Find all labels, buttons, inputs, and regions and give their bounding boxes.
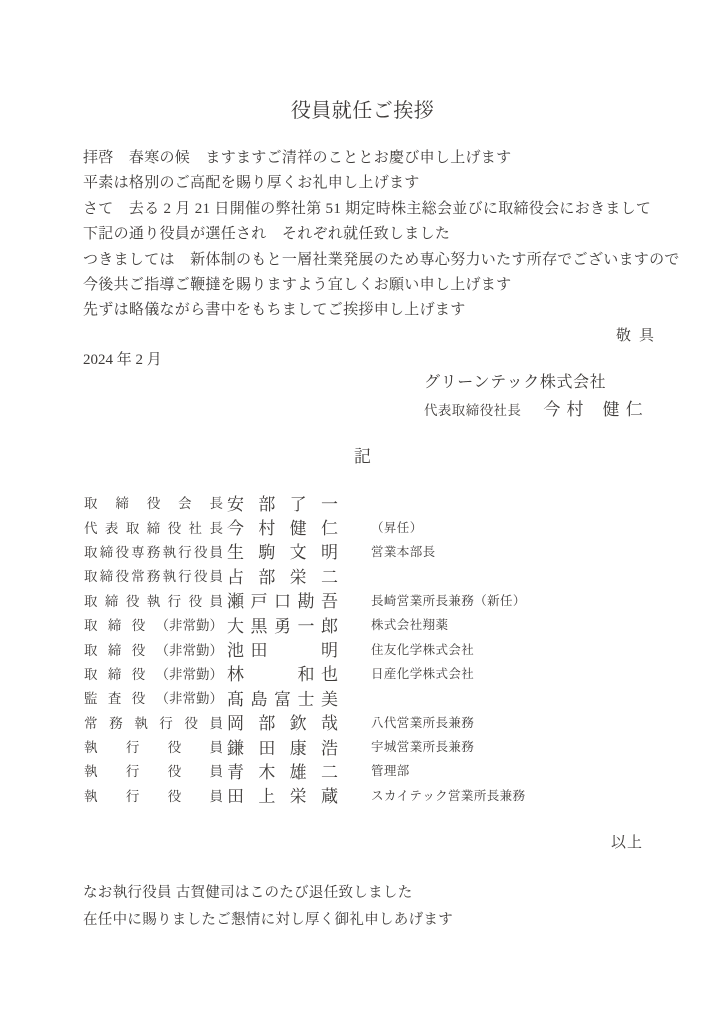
officer-row: 取締役会長安部了一 [84, 490, 664, 514]
title-glyph: 行 [126, 760, 140, 780]
name-glyph: 占 [227, 563, 244, 588]
title-glyph: 役 [147, 492, 161, 512]
name-glyph [298, 636, 315, 661]
body-line: つきましては 新体制のもと一層社業発展のため専心努力いたす所存でございますので [83, 248, 683, 273]
name-glyph: 哉 [321, 709, 338, 734]
postscript-line: なお執行役員 古賀健司はこのたび退任致しました [83, 880, 453, 907]
title-glyph: （非常勤） [155, 687, 223, 707]
officer-title: 取締役（非常勤） [84, 636, 223, 660]
title-glyph: 取 [84, 565, 98, 585]
officer-title: 取締役専務執行役員 [84, 539, 223, 563]
name-glyph: 一 [321, 490, 338, 515]
title-glyph: 会 [178, 492, 192, 512]
officer-name: 鎌田康浩 [227, 734, 338, 758]
title-glyph: 長 [209, 517, 223, 537]
body-line: 下記の通り役員が選任され それぞれ就任致しました [83, 222, 683, 247]
title-glyph: 常 [84, 712, 98, 732]
postscript: なお執行役員 古賀健司はこのたび退任致しました在任中に賜りましたご懇情に対し厚く… [83, 880, 453, 933]
name-glyph: 富 [274, 685, 291, 710]
title-glyph: 役 [132, 687, 146, 707]
body-line: 平素は格別のご高配を賜り厚くお礼申し上げます [83, 171, 683, 196]
officer-row: 執行役員鎌田康浩宇城営業所長兼務 [84, 734, 664, 758]
title-glyph: 務 [147, 565, 161, 585]
officer-name: 今村健仁 [227, 514, 338, 538]
officer-note: 日産化学株式会社 [371, 661, 474, 685]
title-glyph: 取 [126, 517, 140, 537]
name-glyph: 文 [290, 538, 307, 563]
title-glyph: 役 [132, 614, 146, 634]
name-glyph: 仁 [321, 514, 338, 539]
name-glyph: 吾 [321, 587, 338, 612]
signature-line: 代表取締役社長今 村 健 仁 [424, 395, 644, 420]
title-glyph: 役 [184, 712, 198, 732]
title-glyph: 行 [126, 785, 140, 805]
name-glyph: 田 [258, 734, 275, 759]
name-glyph: 了 [290, 490, 307, 515]
body-line: 今後共ご指導ご鞭撻を賜りますよう宜しくお願い申し上げます [83, 273, 683, 298]
officer-row: 取締役執行役員瀬戸口勘吾長崎営業所長兼務（新任） [84, 588, 664, 612]
title-glyph: 執 [162, 541, 176, 561]
title-glyph: 役 [126, 590, 140, 610]
title-glyph: 役 [115, 541, 129, 561]
officer-name: 大黒勇一郎 [227, 612, 338, 636]
officer-title: 取締役執行役員 [84, 588, 223, 612]
name-glyph: 木 [258, 758, 275, 783]
title-glyph: 取 [84, 639, 98, 659]
officer-row: 取締役（非常勤）大黒勇一郎株式会社翔薬 [84, 612, 664, 636]
letter-page: 役員就任ご挨拶 拝啓 春寒の候 ますますご清祥のこととお慶び申し上げます平素は格… [0, 0, 725, 1024]
title-glyph: 役 [168, 760, 182, 780]
name-glyph: 村 [258, 514, 275, 539]
name-glyph: 上 [258, 782, 275, 807]
title-glyph: （非常勤） [155, 614, 223, 634]
officer-title: 執行役員 [84, 783, 223, 807]
name-glyph: 欽 [290, 709, 307, 734]
officer-note: 住友化学株式会社 [371, 636, 474, 660]
officer-row: 取締役専務執行役員生駒文明営業本部長 [84, 539, 664, 563]
name-glyph: 鎌 [227, 734, 244, 759]
title-glyph: 査 [108, 687, 122, 707]
title-glyph: 監 [84, 687, 98, 707]
title-glyph: 締 [115, 492, 129, 512]
title-glyph: 執 [84, 760, 98, 780]
title-glyph: 行 [178, 565, 192, 585]
officer-row: 取締役（非常勤）池田 明住友化学株式会社 [84, 636, 664, 660]
name-glyph: 島 [251, 685, 268, 710]
title-glyph: 員 [209, 785, 223, 805]
title-glyph: （非常勤） [155, 663, 223, 683]
title-glyph: 役 [132, 663, 146, 683]
title-glyph: 締 [100, 565, 114, 585]
title-glyph: 役 [168, 517, 182, 537]
officer-title: 執行役員 [84, 734, 223, 758]
name-glyph: 口 [274, 587, 291, 612]
title-glyph: 役 [115, 565, 129, 585]
title-glyph: 専 [131, 541, 145, 561]
title-glyph: 締 [108, 663, 122, 683]
title-glyph: 締 [100, 541, 114, 561]
title-glyph: 取 [84, 541, 98, 561]
title-glyph: 取 [84, 663, 98, 683]
name-glyph: 髙 [227, 685, 244, 710]
officer-title: 取締役（非常勤） [84, 612, 223, 636]
officer-title: 取締役常務執行役員 [84, 563, 223, 587]
officer-row: 監査役（非常勤）髙島富士美 [84, 685, 664, 709]
ijou-marker: 以上 [611, 831, 643, 852]
signer-name: 今 村 健 仁 [543, 400, 644, 419]
title-glyph: 役 [168, 785, 182, 805]
title-glyph: 取 [84, 590, 98, 610]
title-glyph: 行 [159, 712, 173, 732]
postscript-line: 在任中に賜りましたご懇情に対し厚く御礼申しあげます [83, 907, 453, 934]
officer-name: 林 和也 [227, 661, 338, 685]
body-line: さて 去る 2 月 21 日開催の弊社第 51 期定時株主総会並びに取締役会にお… [83, 197, 683, 222]
name-glyph: 康 [290, 734, 307, 759]
title-glyph: 締 [108, 639, 122, 659]
name-glyph: 黒 [251, 612, 268, 637]
name-glyph: 和 [298, 660, 315, 685]
name-glyph: 部 [258, 490, 275, 515]
name-glyph: 雄 [290, 758, 307, 783]
officer-title: 代表取締役社長 [84, 514, 223, 538]
officer-title: 執行役員 [84, 758, 223, 782]
date-line: 2024 年 2 月 [83, 348, 162, 369]
name-glyph: 勘 [298, 587, 315, 612]
name-glyph: 安 [227, 490, 244, 515]
name-glyph: 士 [298, 685, 315, 710]
title-glyph: 員 [209, 590, 223, 610]
officer-row: 取締役常務執行役員占部栄二 [84, 563, 664, 587]
name-glyph: 林 [227, 660, 244, 685]
roster: 取締役会長安部了一代表取締役社長今村健仁（昇任）取締役専務執行役員生駒文明営業本… [84, 490, 664, 807]
title-glyph: 員 [209, 760, 223, 780]
officer-name: 池田 明 [227, 636, 338, 660]
name-glyph: 栄 [290, 563, 307, 588]
title-glyph: 務 [109, 712, 123, 732]
name-glyph: 健 [290, 514, 307, 539]
name-glyph: 美 [321, 685, 338, 710]
officer-name: 岡部欽哉 [227, 710, 338, 734]
title-glyph: 役 [194, 541, 208, 561]
officer-note: 長崎営業所長兼務（新任） [371, 588, 526, 612]
name-glyph: 大 [227, 612, 244, 637]
title-glyph: 執 [84, 785, 98, 805]
officer-note: 管理部 [371, 758, 410, 782]
officer-name: 生駒文明 [227, 539, 338, 563]
officer-name: 瀬戸口勘吾 [227, 588, 338, 612]
title-glyph: 常 [131, 565, 145, 585]
name-glyph: 也 [321, 660, 338, 685]
name-glyph: 戸 [251, 587, 268, 612]
name-glyph: 瀬 [227, 587, 244, 612]
title-glyph: 行 [178, 541, 192, 561]
title-glyph: 役 [132, 639, 146, 659]
title-glyph: 執 [84, 736, 98, 756]
title-glyph: 務 [147, 541, 161, 561]
title-glyph: （非常勤） [155, 639, 223, 659]
officer-row: 執行役員青木雄二管理部 [84, 758, 664, 782]
name-glyph: 部 [258, 709, 275, 734]
name-glyph: 二 [321, 758, 338, 783]
officer-name: 田上栄蔵 [227, 783, 338, 807]
title-glyph: 員 [210, 565, 224, 585]
title-glyph: 取 [84, 614, 98, 634]
title-glyph: 役 [194, 565, 208, 585]
officer-name: 安部了一 [227, 490, 338, 514]
title-glyph: 表 [105, 517, 119, 537]
title-glyph: 締 [105, 590, 119, 610]
title-glyph: 行 [168, 590, 182, 610]
name-glyph: 今 [227, 514, 244, 539]
title-glyph: 社 [189, 517, 203, 537]
name-glyph: 明 [321, 636, 338, 661]
name-glyph: 岡 [227, 709, 244, 734]
officer-note: 宇城営業所長兼務 [371, 734, 474, 758]
name-glyph: 蔵 [321, 782, 338, 807]
name-glyph [274, 660, 291, 685]
officer-name: 髙島富士美 [227, 685, 338, 709]
title-glyph: 行 [126, 736, 140, 756]
body-paragraph: 拝啓 春寒の候 ますますご清祥のこととお慶び申し上げます平素は格別のご高配を賜り… [83, 146, 683, 324]
name-glyph [251, 660, 268, 685]
name-glyph: 生 [227, 538, 244, 563]
name-glyph: 二 [321, 563, 338, 588]
officer-note: 株式会社翔薬 [371, 612, 448, 636]
officer-title: 取締役（非常勤） [84, 661, 223, 685]
officer-note: 営業本部長 [371, 539, 436, 563]
officer-note: スカイテック営業所長兼務 [371, 783, 525, 807]
officer-note: 八代営業所長兼務 [371, 710, 474, 734]
title-glyph: 員 [209, 736, 223, 756]
name-glyph: 青 [227, 758, 244, 783]
officer-row: 代表取締役社長今村健仁（昇任） [84, 514, 664, 538]
keigu-closing: 敬具 [616, 324, 662, 345]
title-glyph: 員 [210, 541, 224, 561]
company-name: グリーンテック株式会社 [424, 369, 606, 392]
title-glyph: 取 [84, 492, 98, 512]
title-glyph: 役 [168, 736, 182, 756]
title-glyph: 員 [209, 712, 223, 732]
title-glyph: 役 [189, 590, 203, 610]
name-glyph: 一 [298, 612, 315, 637]
officer-title: 取締役会長 [84, 490, 223, 514]
title-glyph: 長 [210, 492, 224, 512]
officer-name: 占部栄二 [227, 563, 338, 587]
title-glyph: 締 [147, 517, 161, 537]
name-glyph: 明 [321, 538, 338, 563]
officer-note: （昇任） [371, 514, 423, 538]
officer-row: 常務執行役員岡部欽哉八代営業所長兼務 [84, 710, 664, 734]
ki-marker: 記 [0, 442, 725, 467]
name-glyph: 駒 [258, 538, 275, 563]
body-line: 拝啓 春寒の候 ますますご清祥のこととお慶び申し上げます [83, 146, 683, 171]
title-glyph: 執 [147, 590, 161, 610]
officer-title: 監査役（非常勤） [84, 685, 223, 709]
officer-title: 常務執行役員 [84, 710, 223, 734]
name-glyph: 池 [227, 636, 244, 661]
name-glyph: 田 [251, 636, 268, 661]
officer-row: 執行役員田上栄蔵スカイテック営業所長兼務 [84, 783, 664, 807]
name-glyph: 栄 [290, 782, 307, 807]
name-glyph: 浩 [321, 734, 338, 759]
body-line: 先ずは略儀ながら書中をもちましてご挨拶申し上げます [83, 298, 683, 323]
officer-name: 青木雄二 [227, 758, 338, 782]
title-glyph: 執 [162, 565, 176, 585]
signer-title: 代表取締役社長 [424, 403, 521, 418]
title-glyph: 執 [134, 712, 148, 732]
name-glyph: 田 [227, 782, 244, 807]
name-glyph: 部 [258, 563, 275, 588]
name-glyph [274, 636, 291, 661]
title-glyph: 代 [84, 517, 98, 537]
name-glyph: 勇 [274, 612, 291, 637]
officer-row: 取締役（非常勤）林 和也日産化学株式会社 [84, 661, 664, 685]
title-glyph: 締 [108, 614, 122, 634]
name-glyph: 郎 [321, 612, 338, 637]
page-title: 役員就任ご挨拶 [0, 94, 725, 123]
